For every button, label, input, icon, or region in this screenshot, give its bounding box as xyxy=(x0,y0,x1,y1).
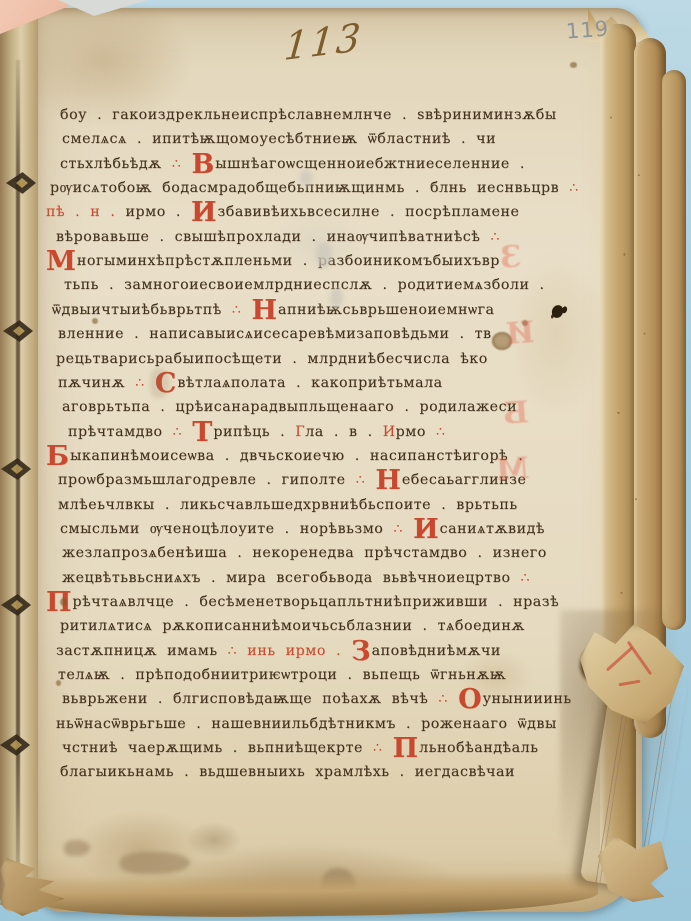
ink-text: ышнѣагоѡсщенноиебжтниеселенние . xyxy=(215,156,525,172)
ink-text: рмо xyxy=(396,424,436,440)
ink-text: жецвѣтьвьсниѧхъ . мира всегобьвода вьвѣч… xyxy=(62,570,521,586)
stain xyxy=(330,288,343,308)
rubric-text: ∴ xyxy=(373,740,393,756)
text-line: прѣчтамдво ∴ Трипѣць . Гла . в . Ирмо ∴ xyxy=(68,421,446,444)
rubric-text: ∴ инь ирмо . xyxy=(228,643,351,659)
ink-text: тьпь . замногоиесвоиемлрдниеспслѫ . роди… xyxy=(64,277,545,293)
rubric-text: ∴ xyxy=(356,472,376,488)
text-line: пѣ . н . ирмо . Избавивѣихьвсесилне . по… xyxy=(46,201,519,224)
text-line: Прѣчтаѧвлчце . бесѣменетворьцапльтниѣпри… xyxy=(46,591,559,614)
ink-text: льнобѣандѣаль xyxy=(419,740,538,756)
rubric-text: И xyxy=(383,424,396,440)
ink-text: аповѣдниѣмѫчи xyxy=(372,643,501,659)
rubric-text: ∴ xyxy=(438,691,458,707)
ink-text: рѣчтаѧвлчце . бесѣменетворьцапльтниѣприж… xyxy=(73,594,560,610)
text-line: жезлапрозѧбенѣиша . некоренедва прѣчстам… xyxy=(62,542,547,564)
red-offset-ghost: З xyxy=(499,239,523,275)
text-line: млѣеьчлвкы . ликьсчавльшедхрвниѣбьспоите… xyxy=(58,494,518,516)
ink-text: пѫчинѫ xyxy=(58,375,135,391)
text-line: аговрьтьпа . црѣисанарадвыпльщенааго . р… xyxy=(62,396,517,418)
text-line: смысльми ѹченоцѣлоуите . норѣвьзмо ∴ Иса… xyxy=(60,518,545,541)
rubric-initial: Н xyxy=(375,465,401,496)
rubric-initial: Н xyxy=(252,295,278,326)
text-line: ѿдвыичтыиѣбьврьтпѣ ∴ Напниѣѭсьврьшеноием… xyxy=(52,299,495,322)
red-offset-ghost: И xyxy=(505,315,536,352)
red-pen-mark xyxy=(618,680,640,687)
ink-text: вленние . написавыисѧисесаревѣмизаповѣдь… xyxy=(58,326,492,342)
rubric-text: ∴ xyxy=(436,424,446,440)
page-edge-roll xyxy=(662,70,686,630)
red-offset-ghost: Б xyxy=(502,395,530,432)
ink-text: вьврьжени . блгисповѣдаѭще поѣахѫ вѣчѣ xyxy=(62,691,438,707)
text-line: ньѿнасѿврьгьше . нашевниильбдѣтникмъ . р… xyxy=(56,713,557,735)
rubric-initial: Б xyxy=(46,441,69,472)
ink-text: проѡбразмьшлагодревле . гиполте xyxy=(58,472,356,488)
text-line: пѫчинѫ ∴ Свѣтлаѧполата . какоприѣтьмала xyxy=(58,372,443,395)
ink-text: ногыминхѣпрѣстѫпленьми . разбоиникомъбыи… xyxy=(77,253,500,269)
ink-text: саниѧтѫвидѣ xyxy=(440,521,545,537)
rubric-initial: М xyxy=(46,246,76,277)
ink-text: апниѣѭсьврьшеноиемнѡга xyxy=(278,302,495,318)
text-line: застѫпницѫ имамь ∴ инь ирмо . Заповѣдниѣ… xyxy=(56,640,501,663)
text-line: вленние . написавыисѧисесаревѣмизаповѣдь… xyxy=(58,323,492,345)
ink-text: стьхлѣбьѣдѫ xyxy=(60,156,172,172)
rubric-text: ∴ xyxy=(569,180,579,196)
ink-text: збавивѣихьвсесилне . посрѣпламене xyxy=(218,204,520,220)
text-line: боу . гакоиздрекльнеиспрѣславнемлнче . ѕ… xyxy=(60,104,557,126)
text-line: вьврьжени . блгисповѣдаѭще поѣахѫ вѣчѣ ∴… xyxy=(62,688,572,711)
rubric-initial: В xyxy=(191,149,214,180)
ink-text: смысльми ѹченоцѣлоуите . норѣвьзмо xyxy=(60,521,393,537)
stain xyxy=(300,170,312,186)
text-line: ритилѧтисѧ рѫкописанниѣмоичьсьблазнии . … xyxy=(60,615,525,637)
rubric-text: ∴ xyxy=(232,302,252,318)
red-pen-mark xyxy=(627,641,652,675)
text-line: Быкапинѣмоисеѡва . двчьскоиечю . насипан… xyxy=(46,445,523,468)
ink-text: аговрьтьпа . црѣисанарадвыпльщенааго . р… xyxy=(62,399,517,415)
text-line: стьхлѣбьѣдѫ ∴ Вышнѣагоѡсщенноиебжтниесел… xyxy=(60,153,525,176)
rubric-initial: Т xyxy=(192,417,212,448)
ink-text: ирмо . xyxy=(125,204,191,220)
red-pen-mark xyxy=(606,647,633,672)
ink-text: боу . гакоиздрекльнеиспрѣславнемлнче . ѕ… xyxy=(60,107,557,123)
rubric-text: ∴ xyxy=(393,521,413,537)
ink-text: ыкапинѣмоисеѡва . двчьскоиечю . насипанс… xyxy=(70,448,523,464)
ink-text: смелѧсѧ . ипитѣѭщомоуесѣбтниеѭ ѿбластниѣ… xyxy=(62,131,496,147)
ink-text: благыикьнамь . вьдшевныихь храмлѣхь . ие… xyxy=(60,764,515,780)
ink-text: ньѿнасѿврьгьше . нашевниильбдѣтникмъ . р… xyxy=(56,716,557,732)
text-line: телѧѭ . прѣподобниитриѥѡтроци . вьпещь ѿ… xyxy=(58,664,506,686)
text-line: благыикьнамь . вьдшевныихь храмлѣхь . ие… xyxy=(60,761,515,783)
ink-text: рецьтварисьрабыипосѣщети . млрдниѣбесчис… xyxy=(56,351,488,367)
rubric-initial: П xyxy=(393,733,419,764)
ink-text: ритилѧтисѧ рѫкописанниѣмоичьсьблазнии . … xyxy=(60,618,525,634)
text-line: Многыминхѣпрѣстѫпленьми . разбоиникомъбы… xyxy=(46,250,500,273)
text-line: вѣровавьше . свышѣпрохлади . инаѹчипѣват… xyxy=(56,226,500,248)
text-line: жецвѣтьвьсниѧхъ . мира всегобьвода вьвѣч… xyxy=(62,567,530,589)
stain xyxy=(56,680,61,686)
red-offset-ghost: М xyxy=(495,451,531,488)
stain xyxy=(570,62,577,68)
ink-text: чстниѣ чаерѫщимь . вьпниѣщекрте xyxy=(62,740,373,756)
ink-text: ла . в . xyxy=(305,424,382,440)
text-line: рецьтварисьрабыипосѣщети . млрдниѣбесчис… xyxy=(56,348,488,370)
ink-text: вѣтлаѧполата . какоприѣтьмала xyxy=(177,375,442,391)
rubric-text: ∴ xyxy=(173,424,193,440)
stain xyxy=(60,598,67,606)
ink-text: ѿдвыичтыиѣбьврьтпѣ xyxy=(52,302,232,318)
text-line: смелѧсѧ . ипитѣѭщомоуесѣбтниеѭ ѿбластниѣ… xyxy=(62,128,496,150)
text-line: проѡбразмьшлагодревле . гиполте ∴ Небеса… xyxy=(58,469,526,492)
rubric-text: Г xyxy=(295,424,305,440)
rubric-initial: З xyxy=(351,636,370,667)
rubric-text: ∴ xyxy=(172,156,192,172)
rubric-text: ∴ xyxy=(521,570,531,586)
stain xyxy=(316,242,332,268)
rubric-text: пѣ . н . xyxy=(46,204,125,220)
ink-text: унынииинь xyxy=(483,691,572,707)
rubric-initial: П xyxy=(46,587,72,618)
text-line: рѹисѧтобоѭ бодасмрадобщебьпниѭщинмь . бл… xyxy=(50,177,579,199)
photo-background: 113 119 боу . гакоиздрекльнеиспрѣславнем… xyxy=(0,0,691,921)
ink-text: застѫпницѫ имамь xyxy=(56,643,228,659)
rubric-initial: О xyxy=(458,684,482,715)
text-line: тьпь . замногоиесвоиемлрдниеспслѫ . роди… xyxy=(64,274,545,296)
folio-number-pencil: 119 xyxy=(565,17,610,44)
ink-text: млѣеьчлвкы . ликьсчавльшедхрвниѣбьспоите… xyxy=(58,497,518,513)
rubric-initial: И xyxy=(191,197,217,228)
text-line: чстниѣ чаерѫщимь . вьпниѣщекрте ∴ Пльноб… xyxy=(62,737,539,760)
ink-text: вѣровавьше . свышѣпрохлади . инаѹчипѣват… xyxy=(56,229,490,245)
ink-text: рипѣць . xyxy=(213,424,295,440)
rubric-initial: И xyxy=(413,514,439,545)
stain xyxy=(92,318,98,324)
ink-text: телѧѭ . прѣподобниитриѥѡтроци . вьпещь ѿ… xyxy=(58,667,506,683)
ink-text: жезлапрозѧбенѣиша . некоренедва прѣчстам… xyxy=(62,545,547,561)
ink-text: прѣчтамдво xyxy=(68,424,173,440)
